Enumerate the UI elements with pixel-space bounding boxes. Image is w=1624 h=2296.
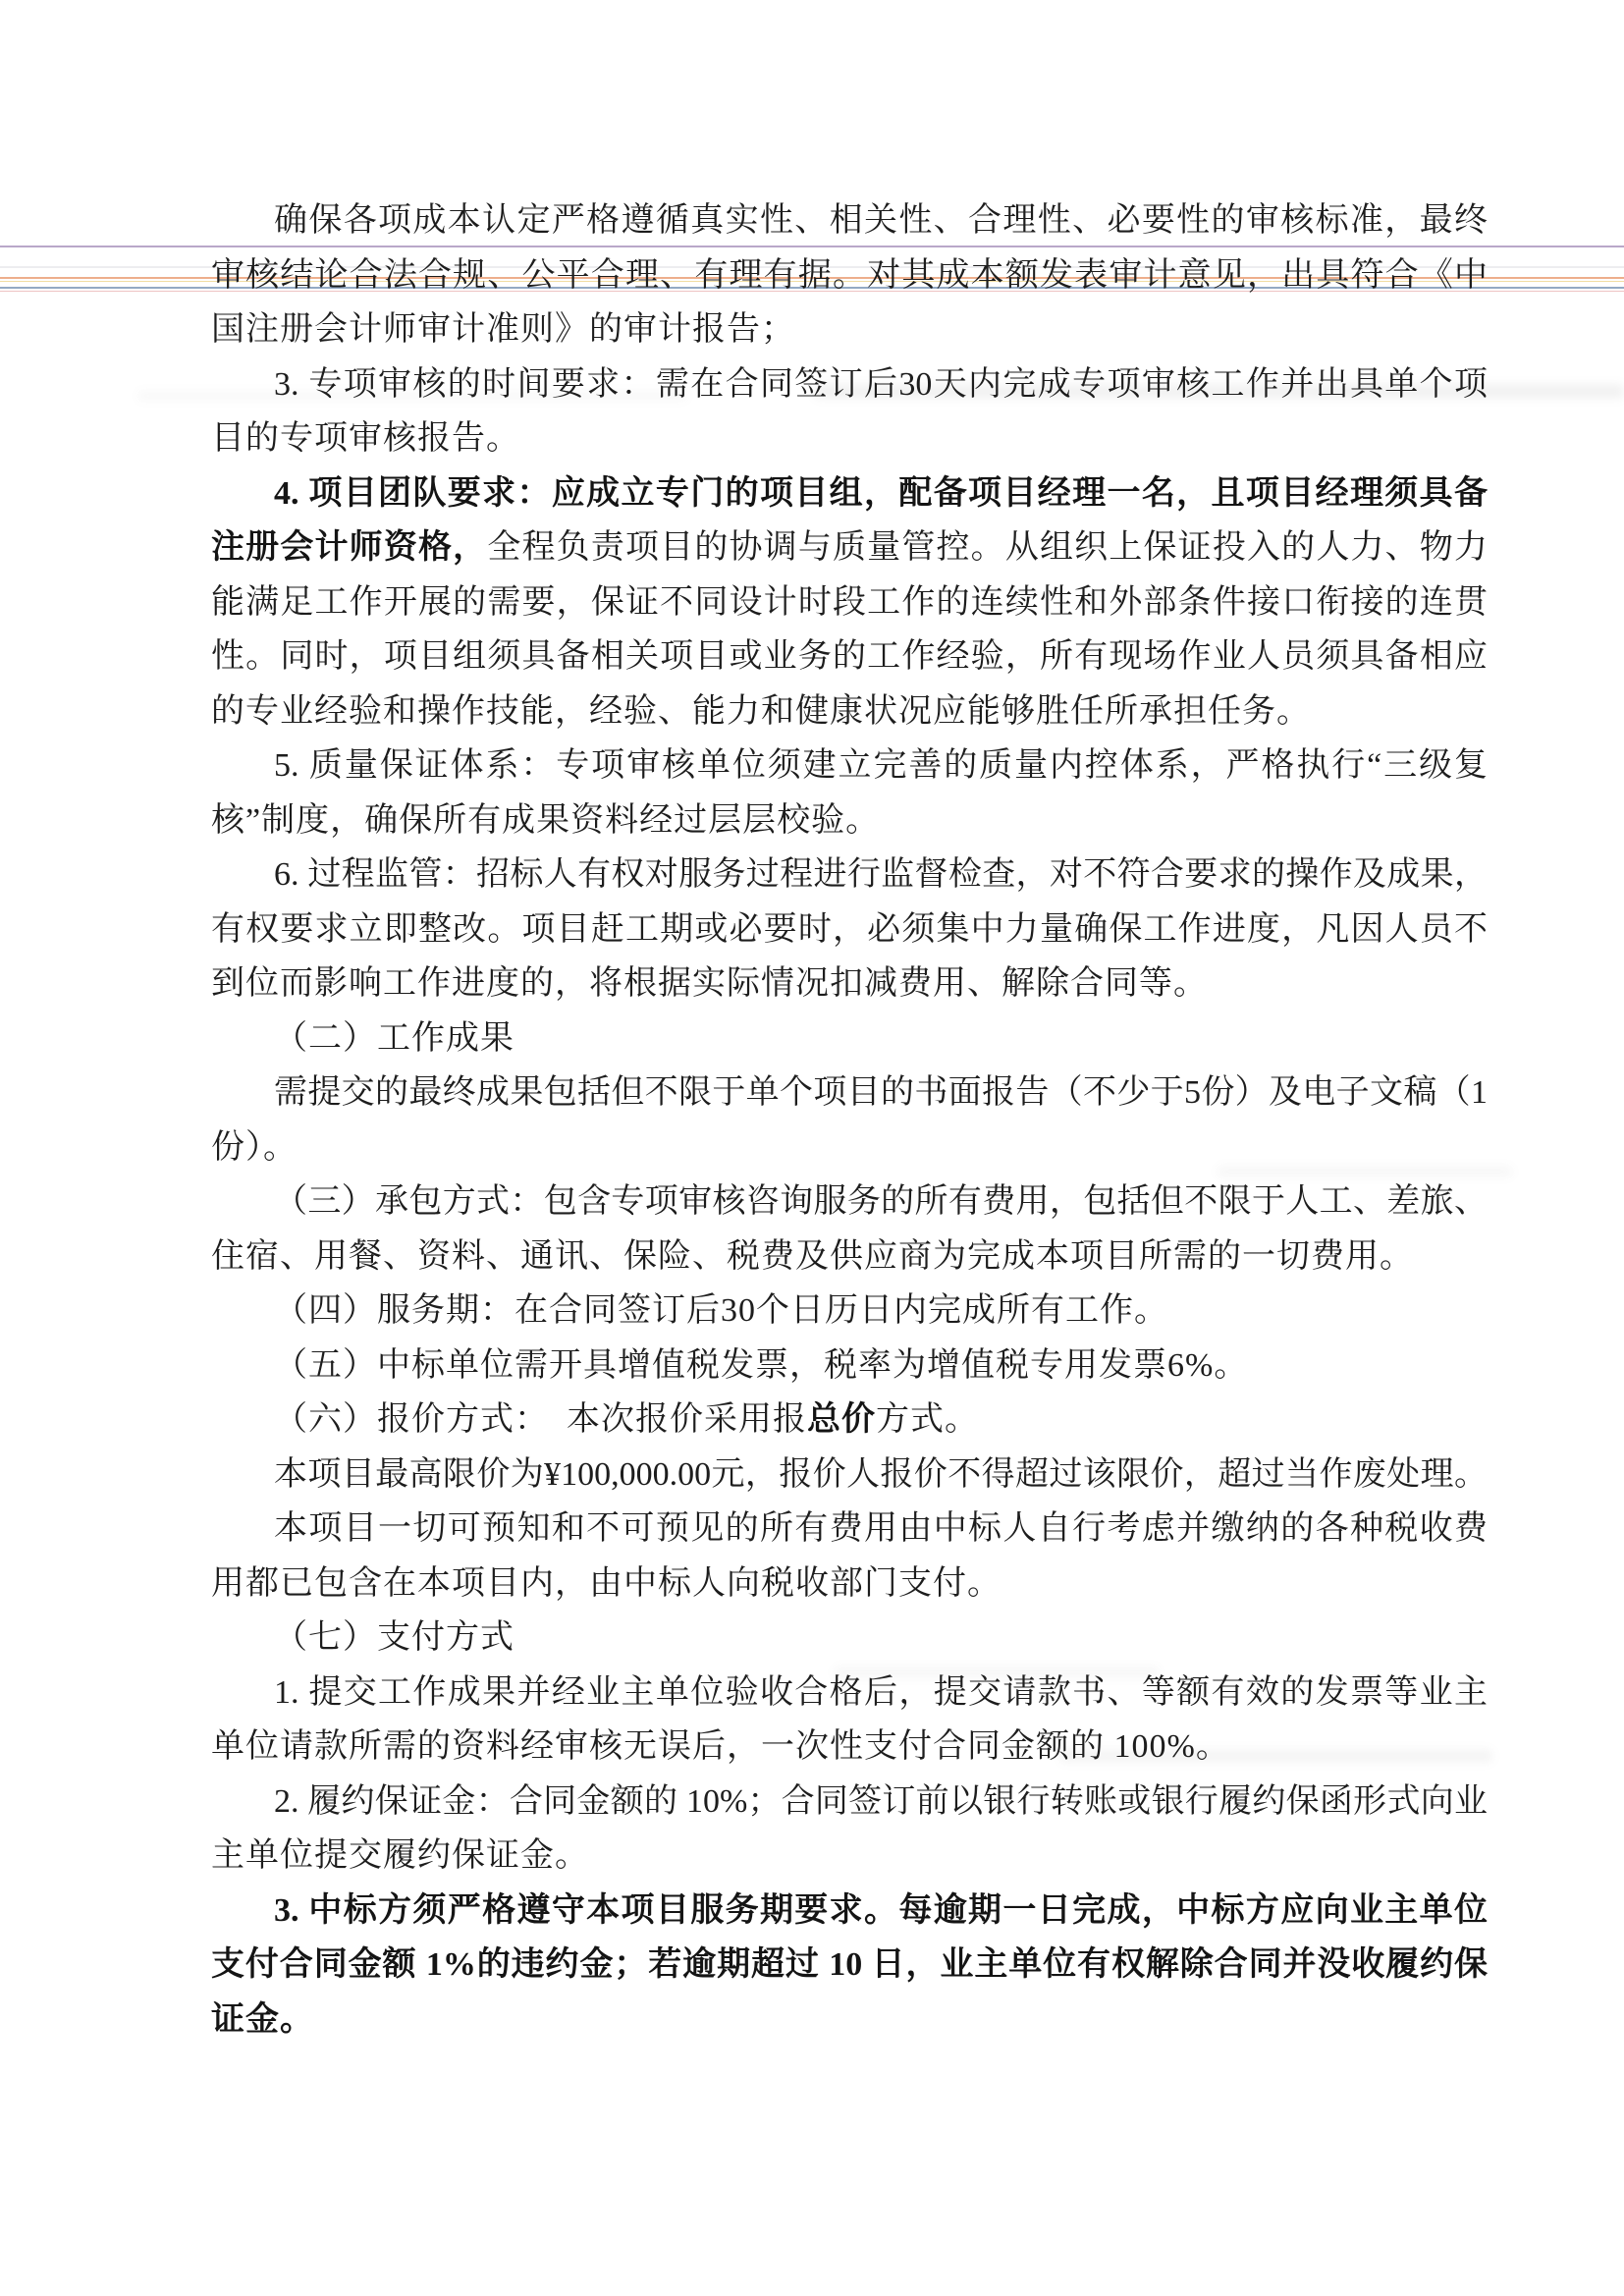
text-segment: 需提交的最终成果包括但不限于单个项目的书面报告（不少于5份）及电子文稿（1 xyxy=(274,1074,1488,1111)
text-line: 本项目最高限价为¥100,000.00元，报价人报价不得超过该限价，超过当作废处… xyxy=(211,1448,1488,1503)
text-line: （三）承包方式：包含专项审核咨询服务的所有费用，包括但不限于人工、差旅、 xyxy=(211,1175,1488,1230)
text-line: 1. 提交工作成果并经业主单位验收合格后，提交请款书、等额有效的发票等业主 xyxy=(211,1666,1488,1721)
text-line: 确保各项成本认定严格遵循真实性、相关性、合理性、必要性的审核标准，最终 xyxy=(211,193,1488,248)
text-line: 6. 过程监管：招标人有权对服务过程进行监督检查，对不符合要求的操作及成果， xyxy=(211,847,1488,902)
text-line: 2. 履约保证金：合同金额的 10%；合同签订前以银行转账或银行履约保函形式向业 xyxy=(211,1775,1488,1830)
text-line: 3. 专项审核的时间要求：需在合同签订后30天内完成专项审核工作并出具单个项 xyxy=(211,357,1488,412)
text-segment: 有权要求立即整改。项目赶工期或必要时，必须集中力量确保工作进度，凡因人员不 xyxy=(211,911,1488,948)
text-segment: 主单位提交履约保证金。 xyxy=(211,1837,589,1874)
text-segment: （三）承包方式：包含专项审核咨询服务的所有费用，包括但不限于人工、差旅、 xyxy=(274,1183,1488,1220)
bold-text-segment: 注册会计师资格， xyxy=(211,529,487,566)
text-segment: （七）支付方式 xyxy=(274,1619,514,1656)
document-text: 确保各项成本认定严格遵循真实性、相关性、合理性、必要性的审核标准，最终审核结论合… xyxy=(211,193,1488,2047)
text-segment: （五）中标单位需开具增值税发票，税率为增值税专用发票6%。 xyxy=(274,1347,1248,1384)
text-segment: 到位而影响工作进度的，将根据实际情况扣减费用、解除合同等。 xyxy=(211,965,1208,1002)
text-line: 目的专项审核报告。 xyxy=(211,411,1488,466)
text-segment: 5. 质量保证体系：专项审核单位须建立完善的质量内控体系，严格执行“三级复 xyxy=(274,747,1488,784)
bold-text-segment: 支付合同金额 1%的违约金；若逾期超过 10 日，业主单位有权解除合同并没收履约… xyxy=(211,1946,1488,1983)
text-line: 证金。 xyxy=(211,1993,1488,2048)
text-line: 需提交的最终成果包括但不限于单个项目的书面报告（不少于5份）及电子文稿（1 xyxy=(211,1066,1488,1121)
text-segment: 3. 专项审核的时间要求：需在合同签订后30天内完成专项审核工作并出具单个项 xyxy=(274,366,1488,403)
text-line: 单位请款所需的资料经审核无误后，一次性支付合同金额的 100%。 xyxy=(211,1720,1488,1775)
text-line: （六）报价方式： 本次报价采用报总价方式。 xyxy=(211,1393,1488,1448)
bold-text-segment: 总价 xyxy=(807,1401,876,1438)
bold-text-segment: 3. 中标方须严格遵守本项目服务期要求。每逾期一日完成，中标方应向业主单位 xyxy=(274,1892,1488,1929)
text-line: （五）中标单位需开具增值税发票，税率为增值税专用发票6%。 xyxy=(211,1339,1488,1394)
text-segment: 能满足工作开展的需要，保证不同设计时段工作的连续性和外部条件接口衔接的连贯 xyxy=(211,584,1488,621)
text-segment: 的专业经验和操作技能，经验、能力和健康状况应能够胜任所承担任务。 xyxy=(211,693,1311,730)
text-segment: 用都已包含在本项目内，由中标人向税收部门支付。 xyxy=(211,1565,1001,1602)
bold-text-segment: 4. 项目团队要求：应成立专门的项目组，配备项目经理一名，且项目经理须具备 xyxy=(274,475,1488,512)
text-line: 审核结论合法合规、公平合理、有理有据。对其成本额发表审计意见，出具符合《中 xyxy=(211,248,1488,303)
text-line: （七）支付方式 xyxy=(211,1611,1488,1666)
text-segment: 住宿、用餐、资料、通讯、保险、税费及供应商为完成本项目所需的一切费用。 xyxy=(211,1238,1414,1275)
text-line: 性。同时，项目组须具备相关项目或业务的工作经验，所有现场作业人员须具备相应 xyxy=(211,629,1488,684)
text-line: 核”制度，确保所有成果资料经过层层校验。 xyxy=(211,793,1488,848)
text-segment: 本项目一切可预知和不可预见的所有费用由中标人自行考虑并缴纳的各种税收费 xyxy=(274,1510,1488,1547)
text-line: 能满足工作开展的需要，保证不同设计时段工作的连续性和外部条件接口衔接的连贯 xyxy=(211,575,1488,630)
text-line: 注册会计师资格，全程负责项目的协调与质量管控。从组织上保证投入的人力、物力 xyxy=(211,520,1488,575)
text-segment: 本项目最高限价为¥100,000.00元，报价人报价不得超过该限价，超过当作废处… xyxy=(274,1456,1488,1493)
text-segment: 确保各项成本认定严格遵循真实性、相关性、合理性、必要性的审核标准，最终 xyxy=(274,202,1488,239)
text-line: 住宿、用餐、资料、通讯、保险、税费及供应商为完成本项目所需的一切费用。 xyxy=(211,1230,1488,1285)
text-segment: 单位请款所需的资料经审核无误后，一次性支付合同金额的 100%。 xyxy=(211,1728,1230,1765)
text-line: 份）。 xyxy=(211,1121,1488,1175)
text-segment: 审核结论合法合规、公平合理、有理有据。对其成本额发表审计意见，出具符合《中 xyxy=(211,257,1488,294)
text-line: 5. 质量保证体系：专项审核单位须建立完善的质量内控体系，严格执行“三级复 xyxy=(211,738,1488,793)
text-line: 的专业经验和操作技能，经验、能力和健康状况应能够胜任所承担任务。 xyxy=(211,684,1488,739)
text-segment: （四）服务期：在合同签订后30个日历日内完成所有工作。 xyxy=(274,1292,1168,1329)
text-segment: 性。同时，项目组须具备相关项目或业务的工作经验，所有现场作业人员须具备相应 xyxy=(211,638,1488,675)
text-segment: 核”制度，确保所有成果资料经过层层校验。 xyxy=(211,802,880,839)
text-line: （二）工作成果 xyxy=(211,1011,1488,1066)
text-segment: 2. 履约保证金：合同金额的 10%；合同签订前以银行转账或银行履约保函形式向业 xyxy=(274,1783,1488,1820)
text-segment: 份）。 xyxy=(211,1129,298,1166)
text-segment: 6. 过程监管：招标人有权对服务过程进行监督检查，对不符合要求的操作及成果， xyxy=(274,856,1488,893)
text-segment: 目的专项审核报告。 xyxy=(211,420,520,457)
text-line: （四）服务期：在合同签订后30个日历日内完成所有工作。 xyxy=(211,1284,1488,1339)
text-line: 用都已包含在本项目内，由中标人向税收部门支付。 xyxy=(211,1557,1488,1612)
text-segment: 1. 提交工作成果并经业主单位验收合格后，提交请款书、等额有效的发票等业主 xyxy=(274,1674,1488,1711)
text-segment: 国注册会计师审计准则》的审计报告； xyxy=(211,311,795,348)
scanned-document-page: 确保各项成本认定严格遵循真实性、相关性、合理性、必要性的审核标准，最终审核结论合… xyxy=(0,0,1624,2296)
text-segment: 全程负责项目的协调与质量管控。从组织上保证投入的人力、物力 xyxy=(487,529,1488,566)
text-line: 支付合同金额 1%的违约金；若逾期超过 10 日，业主单位有权解除合同并没收履约… xyxy=(211,1938,1488,1993)
text-line: 到位而影响工作进度的，将根据实际情况扣减费用、解除合同等。 xyxy=(211,957,1488,1011)
text-segment: 方式。 xyxy=(876,1401,979,1438)
text-line: 有权要求立即整改。项目赶工期或必要时，必须集中力量确保工作进度，凡因人员不 xyxy=(211,902,1488,957)
text-line: 本项目一切可预知和不可预见的所有费用由中标人自行考虑并缴纳的各种税收费 xyxy=(211,1502,1488,1557)
text-line: 国注册会计师审计准则》的审计报告； xyxy=(211,302,1488,357)
text-segment: （六）报价方式： 本次报价采用报 xyxy=(274,1401,807,1438)
text-segment: （二）工作成果 xyxy=(274,1020,514,1057)
text-line: 3. 中标方须严格遵守本项目服务期要求。每逾期一日完成，中标方应向业主单位 xyxy=(211,1884,1488,1939)
text-line: 4. 项目团队要求：应成立专门的项目组，配备项目经理一名，且项目经理须具备 xyxy=(211,466,1488,521)
text-line: 主单位提交履约保证金。 xyxy=(211,1829,1488,1884)
bold-text-segment: 证金。 xyxy=(211,2001,314,2038)
